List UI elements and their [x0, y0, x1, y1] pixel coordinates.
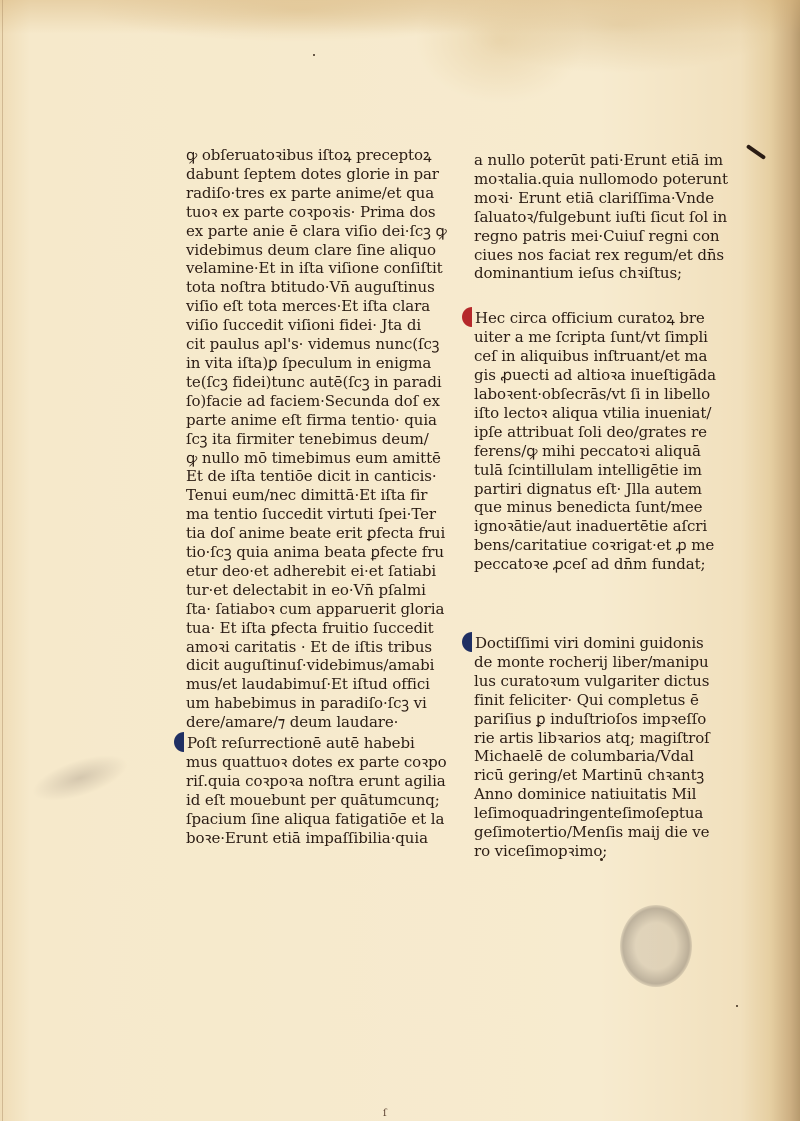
text-line: tuoꝛ ex parte coꝛpoꝛis· Prima dos [186, 203, 436, 222]
rubric-initial-blue [174, 732, 184, 752]
text-line: ipſe attribuat ſoli deo/grates re [474, 423, 744, 442]
text-line: velamine·Et in iſta viſione conſiſtit [186, 259, 436, 278]
text-line: uiter a me ſcripta ſunt/vt ſimpli [474, 328, 744, 347]
text-line: ricū gering/et Martinū chꝛantꝫ [474, 766, 744, 785]
paragraph-gap [474, 574, 744, 632]
text-line: dominantium ieſus chꝛiſtus; [474, 264, 744, 283]
text-line: moꝛi· Erunt etiā clariſſima·Vnde [474, 189, 744, 208]
text-line: iſto lectoꝛ aliqua vtilia inueniat/ [474, 404, 744, 423]
text-line: ma tentio ſuccedit virtuti ſpei·Ter [186, 505, 436, 524]
water-stain [0, 0, 800, 34]
paragraph-start: Hec circa officium curatoꝝ bre [475, 309, 705, 327]
text-line: id eſt mouebunt per quātumcunq; [186, 791, 436, 810]
text-line: riſ.quia coꝛpoꝛa noſtra erunt agilia [186, 772, 436, 791]
text-line: viſio ſuccedit viſioni fidei· Jta di [186, 316, 436, 335]
text-line: dicit auguſtinuſ·videbimus/amabi [186, 656, 436, 675]
colophon-start: Doctiſſimi viri domini guidonis [475, 634, 704, 652]
paragraph-start: Poſt reſurrectionē autē habebi [187, 734, 415, 752]
text-line: mus/et laudabimuſ·Et iſtud offici [186, 675, 436, 694]
text-line: lus curatoꝛum vulgariter dictus [474, 672, 744, 691]
text-line: tia doſ anime beate erit ꝑfecta frui [186, 524, 436, 543]
text-line: amoꝛi caritatis · Et de iſtis tribus [186, 638, 436, 657]
text-line: geſimotertio/Menſis maij die ve [474, 823, 744, 842]
text-line: Tenui eum/nec dimittā·Et iſta fir [186, 486, 436, 505]
text-line: ꝙ nullo mō timebimus eum amittē [186, 449, 436, 468]
text-line: Hec circa officium curatoꝝ bre [474, 307, 744, 328]
text-line: videbimus deum clare ſine aliquo [186, 241, 436, 260]
text-line: finit feliciter· Qui completus ē [474, 691, 744, 710]
text-line: rie artis libꝛarios atq; magiſtroſ [474, 729, 744, 748]
speck [313, 54, 315, 56]
text-line: in vita iſta)ꝑ ſpeculum in enigma [186, 354, 436, 373]
text-line: cit paulus apl's· videmus nunc(ſcꝫ [186, 335, 436, 354]
text-line: um habebimus in paradiſo·ſcꝫ vi [186, 694, 436, 713]
text-line: radiſo·tres ex parte anime/et qua [186, 184, 436, 203]
text-line: regno patris mei·Cuiuſ regni con [474, 227, 744, 246]
text-line: tulā ſcintillulam intelligētie im [474, 461, 744, 480]
text-line: etur deo·et adherebit ei·et ſatiabi [186, 562, 436, 581]
text-line: ſpacium ſine aliqua fatigatiōe et la [186, 810, 436, 829]
text-line: leſimoquadringenteſimoſeptua [474, 804, 744, 823]
text-line: tota noſtra btitudo·Vn̄ auguſtinus [186, 278, 436, 297]
text-line: Poſt reſurrectionē autē habebi [186, 732, 436, 753]
page-edge [2, 0, 3, 1121]
text-line: de monte rocherij liber/manipu [474, 653, 744, 672]
ink-mark [746, 144, 766, 160]
speck [736, 1005, 738, 1007]
right-column: a nullo poterūt pati·Erunt etiā im moꝛta… [474, 151, 744, 861]
text-line: ceſ in aliquibus inſtruant/et ma [474, 347, 744, 366]
text-line: pariſius ꝑ induſtrioſos impꝛeſſo [474, 710, 744, 729]
text-line: Anno dominice natiuitatis Mil [474, 785, 744, 804]
text-line: ex parte anie ē clara viſio dei·ſcꝫ ꝙ [186, 222, 436, 241]
text-line: partiri dignatus eſt· Jlla autem [474, 480, 744, 499]
text-line: boꝛe·Erunt etiā impaſſibilia·quia [186, 829, 436, 848]
text-line: laboꝛent·obſecrās/vt ſi in libello [474, 385, 744, 404]
text-line: viſio eſt tota merces·Et iſta clara [186, 297, 436, 316]
text-line: Et de iſta tentiōe dicit in canticis· [186, 467, 436, 486]
round-stain [620, 905, 692, 987]
text-line: ꝙ obſeruatoꝛibus iſtoꝝ preceptoꝝ [186, 146, 436, 165]
text-line: tio·ſcꝫ quia anima beata ꝑfecte fru [186, 543, 436, 562]
text-line: peccatoꝛe ꝓceſ ad dn̄m fundat; [474, 555, 744, 574]
text-line: ſaluatoꝛ/fulgebunt iuſti ſicut ſol in [474, 208, 744, 227]
signature-mark: ſ [383, 1108, 387, 1119]
text-line: ſo)facie ad faciem·Secunda doſ ex [186, 392, 436, 411]
text-line: tur·et delectabit in eo·Vn̄ pſalmi [186, 581, 436, 600]
text-line: que minus benedicta ſunt/mee [474, 498, 744, 517]
rubric-initial-red [462, 307, 472, 327]
text-line: ro viceſimopꝛimo; [474, 842, 744, 861]
text-line: a nullo poterūt pati·Erunt etiā im [474, 151, 744, 170]
text-line: bens/caritatiue coꝛrigat·et ꝓ me [474, 536, 744, 555]
text-line: ignoꝛātie/aut inaduertētie aſcri [474, 517, 744, 536]
rubric-initial-blue [462, 632, 472, 652]
text-line: ferens/ꝙ mihi peccatoꝛi aliquā [474, 442, 744, 461]
text-line: ſta· ſatiaboꝛ cum apparuerit gloria [186, 600, 436, 619]
text-line: ciues nos faciat rex regum/et dn̄s [474, 246, 744, 265]
text-line: dabunt ſeptem dotes glorie in par [186, 165, 436, 184]
text-line: tua· Et iſta ꝑfecta fruitio ſuccedit [186, 619, 436, 638]
text-line: dere/amare/⁊ deum laudare· [186, 713, 436, 732]
text-line: parte anime eſt firma tentio· quia [186, 411, 436, 430]
text-line: te(ſcꝫ fidei)tunc autē(ſcꝫ in paradi [186, 373, 436, 392]
text-line: ſcꝫ ita firmiter tenebimus deum/ [186, 430, 436, 449]
text-line: Doctiſſimi viri domini guidonis [474, 632, 744, 653]
paragraph-gap [474, 283, 744, 307]
page-scan: ꝙ obſeruatoꝛibus iſtoꝝ preceptoꝝ dabunt … [0, 0, 800, 1121]
left-column: ꝙ obſeruatoꝛibus iſtoꝝ preceptoꝝ dabunt … [186, 146, 436, 848]
text-line: moꝛtalia.quia nullomodo poterunt [474, 170, 744, 189]
text-line: Michaelē de columbaria/Vdal [474, 747, 744, 766]
smudge-mark [27, 745, 133, 810]
text-line: gis ꝓuecti ad altioꝛa inueſtigāda [474, 366, 744, 385]
text-line: mus quattuoꝛ dotes ex parte coꝛpo [186, 753, 436, 772]
